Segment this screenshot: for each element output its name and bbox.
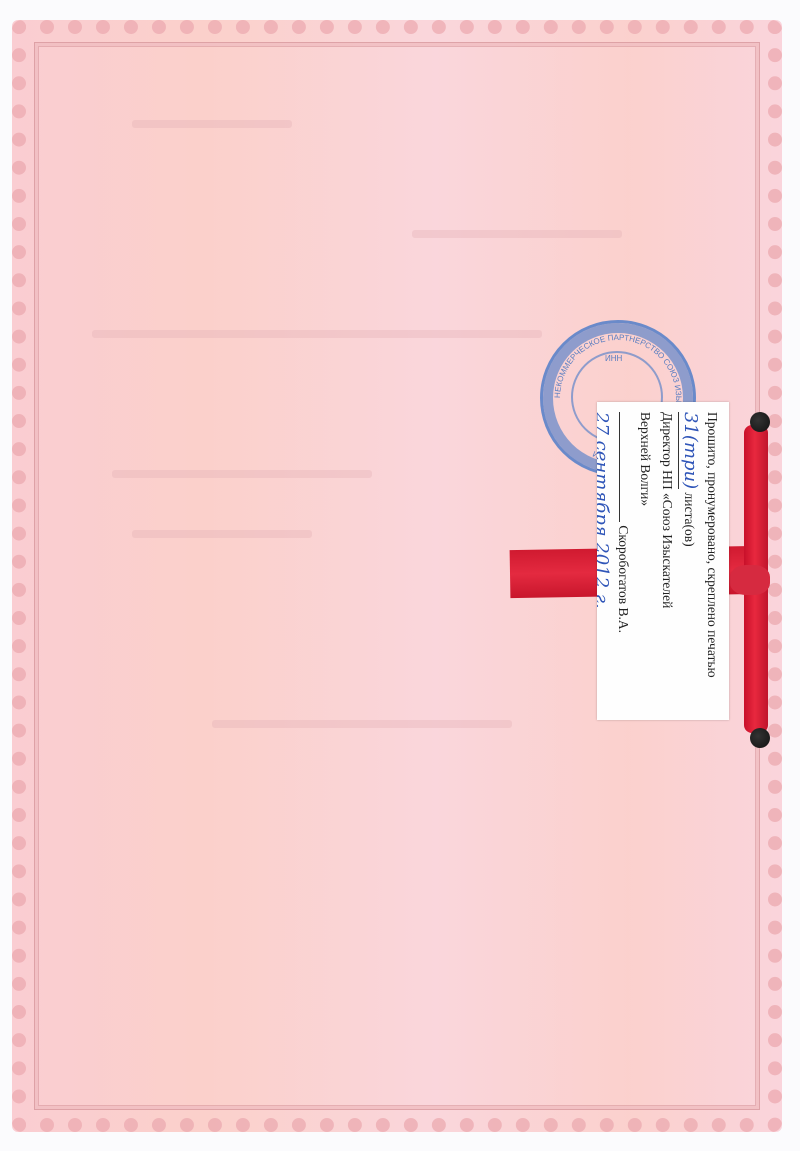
signer-position-line1: Директор НП «Союз Изыскателей [656, 412, 678, 710]
show-through-text [92, 330, 542, 338]
signature-handwritten [619, 412, 620, 522]
sheet-count-suffix: листа(ов) [682, 493, 697, 547]
show-through-text [132, 530, 312, 538]
label-binding-statement: Прошито, пронумеровано, скреплено печать… [701, 412, 723, 710]
show-through-text [132, 120, 292, 128]
show-through-text [212, 720, 512, 728]
grommet-top [750, 412, 770, 432]
grommet-bottom [750, 728, 770, 748]
show-through-text [112, 470, 372, 478]
ribbon-knot [730, 565, 770, 595]
signer-name: Скоробогатов В.А. [616, 525, 631, 633]
show-through-text [412, 230, 622, 238]
sheet-count-handwritten: 31(три) [678, 412, 701, 489]
date-handwritten: 27 сентября 2012 г. [597, 412, 612, 710]
svg-text:ИНН: ИНН [605, 354, 623, 363]
signer-position-line2: Верхней Волги» [634, 412, 656, 710]
certification-label: Прошито, пронумеровано, скреплено печать… [597, 402, 729, 720]
